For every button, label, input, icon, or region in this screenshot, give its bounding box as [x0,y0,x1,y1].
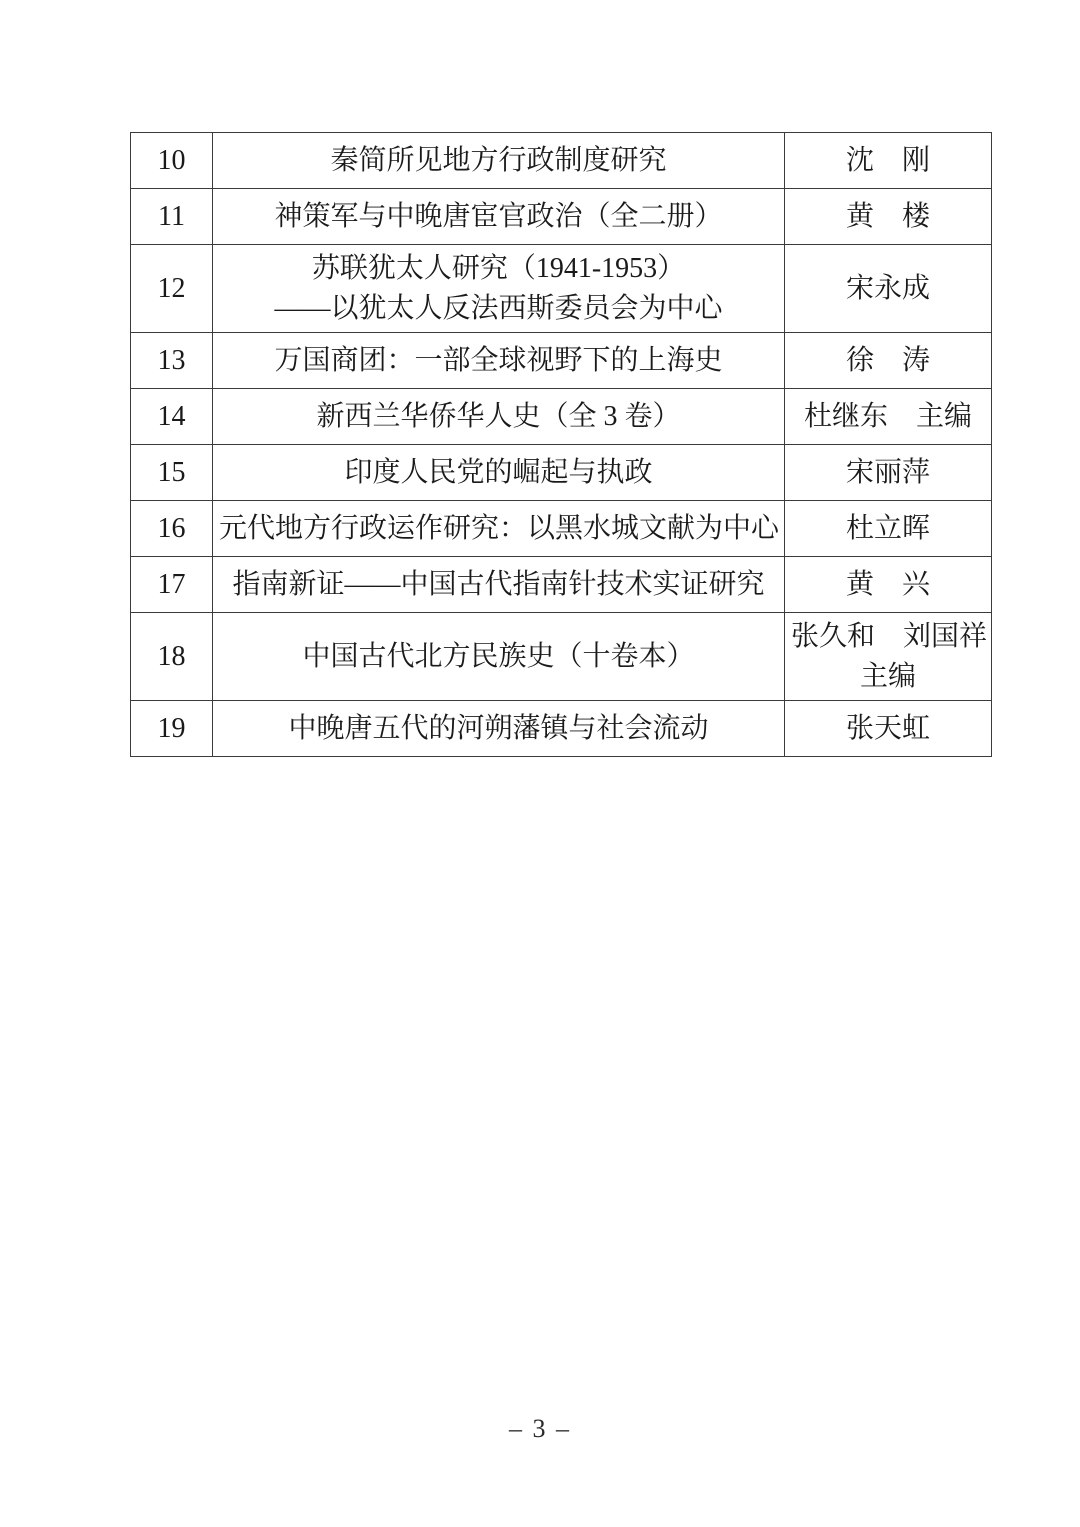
row-number-cell: 12 [131,245,213,333]
book-author-cell: 黄 楼 [785,189,992,245]
table-row: 19 中晚唐五代的河朔藩镇与社会流动 张天虹 [131,701,992,757]
book-author-cell: 宋永成 [785,245,992,333]
book-title-line2: ——以犹太人反法西斯委员会为中心 [219,289,778,329]
page-number: – 3 – [0,1414,1080,1444]
book-title-cell: 中晚唐五代的河朔藩镇与社会流动 [213,701,785,757]
book-author-line1: 张久和 刘国祥 [791,617,985,657]
table-row: 13 万国商团：一部全球视野下的上海史 徐 涛 [131,333,992,389]
row-number-cell: 13 [131,333,213,389]
table-row: 16 元代地方行政运作研究：以黑水城文献为中心 杜立晖 [131,501,992,557]
table-row: 10 秦简所见地方行政制度研究 沈 刚 [131,133,992,189]
table-row: 12 苏联犹太人研究（1941-1953） ——以犹太人反法西斯委员会为中心 宋… [131,245,992,333]
book-author-cell: 杜继东 主编 [785,389,992,445]
book-title-line1: 苏联犹太人研究（1941-1953） [219,249,778,289]
document-page: 10 秦简所见地方行政制度研究 沈 刚 11 神策军与中晚唐宦官政治（全二册） … [0,0,1080,1527]
table-row: 18 中国古代北方民族史（十卷本） 张久和 刘国祥 主编 [131,613,992,701]
book-title-cell: 印度人民党的崛起与执政 [213,445,785,501]
row-number-cell: 17 [131,557,213,613]
table-row: 14 新西兰华侨华人史（全 3 卷） 杜继东 主编 [131,389,992,445]
book-title-cell: 秦简所见地方行政制度研究 [213,133,785,189]
row-number-cell: 10 [131,133,213,189]
row-number-cell: 19 [131,701,213,757]
row-number-cell: 14 [131,389,213,445]
book-author-cell: 沈 刚 [785,133,992,189]
book-author-cell: 宋丽萍 [785,445,992,501]
book-author-cell: 徐 涛 [785,333,992,389]
row-number-cell: 16 [131,501,213,557]
table-row: 15 印度人民党的崛起与执政 宋丽萍 [131,445,992,501]
row-number-cell: 18 [131,613,213,701]
book-author-line2: 主编 [791,657,985,697]
book-title-cell: 万国商团：一部全球视野下的上海史 [213,333,785,389]
book-title-cell: 指南新证——中国古代指南针技术实证研究 [213,557,785,613]
book-title-cell: 神策军与中晚唐宦官政治（全二册） [213,189,785,245]
book-title-cell: 中国古代北方民族史（十卷本） [213,613,785,701]
table-row: 11 神策军与中晚唐宦官政治（全二册） 黄 楼 [131,189,992,245]
table-row: 17 指南新证——中国古代指南针技术实证研究 黄 兴 [131,557,992,613]
book-title-cell: 新西兰华侨华人史（全 3 卷） [213,389,785,445]
book-title-cell: 元代地方行政运作研究：以黑水城文献为中心 [213,501,785,557]
book-author-cell: 黄 兴 [785,557,992,613]
book-author-cell: 张天虹 [785,701,992,757]
book-list-table: 10 秦简所见地方行政制度研究 沈 刚 11 神策军与中晚唐宦官政治（全二册） … [130,132,992,757]
row-number-cell: 15 [131,445,213,501]
book-author-cell: 张久和 刘国祥 主编 [785,613,992,701]
row-number-cell: 11 [131,189,213,245]
book-author-cell: 杜立晖 [785,501,992,557]
book-title-cell: 苏联犹太人研究（1941-1953） ——以犹太人反法西斯委员会为中心 [213,245,785,333]
